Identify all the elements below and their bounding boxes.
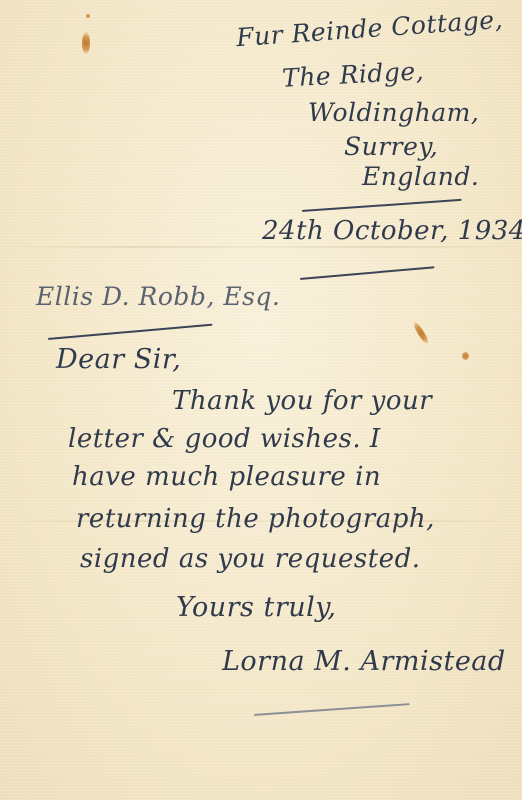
letter-date: 24th October, 1934: [262, 216, 522, 246]
ink-stain: [86, 14, 90, 18]
signature: Lorna M. Armistead: [222, 646, 506, 677]
addressee-underline: [48, 324, 213, 340]
signature-underline: [254, 703, 410, 715]
fold-line: [0, 246, 522, 248]
date-underline: [300, 266, 435, 280]
ink-stain: [412, 320, 431, 345]
body-line-1: Thank you for your: [172, 386, 432, 416]
address-line-1: Fur Reinde Cottage,: [235, 5, 504, 53]
closing: Yours truly,: [176, 592, 337, 623]
address-line-5: England.: [362, 162, 479, 191]
addressee: Ellis D. Robb, Esq.: [36, 282, 280, 311]
letter-page: Fur Reinde Cottage, The Ridge, Woldingha…: [0, 0, 522, 800]
salutation: Dear Sir,: [56, 344, 181, 375]
body-line-2: letter & good wishes. I: [68, 424, 381, 454]
address-underline: [302, 199, 462, 212]
address-line-2: The Ridge,: [281, 56, 424, 92]
body-line-4: returning the photograph,: [76, 504, 435, 534]
address-line-4: Surrey,: [344, 132, 438, 161]
address-line-3: Woldingham,: [308, 98, 479, 127]
body-line-3: have much pleasure in: [72, 462, 381, 492]
ink-stain: [82, 32, 90, 54]
body-line-5: signed as you requested.: [80, 544, 420, 574]
ink-stain: [462, 352, 469, 360]
